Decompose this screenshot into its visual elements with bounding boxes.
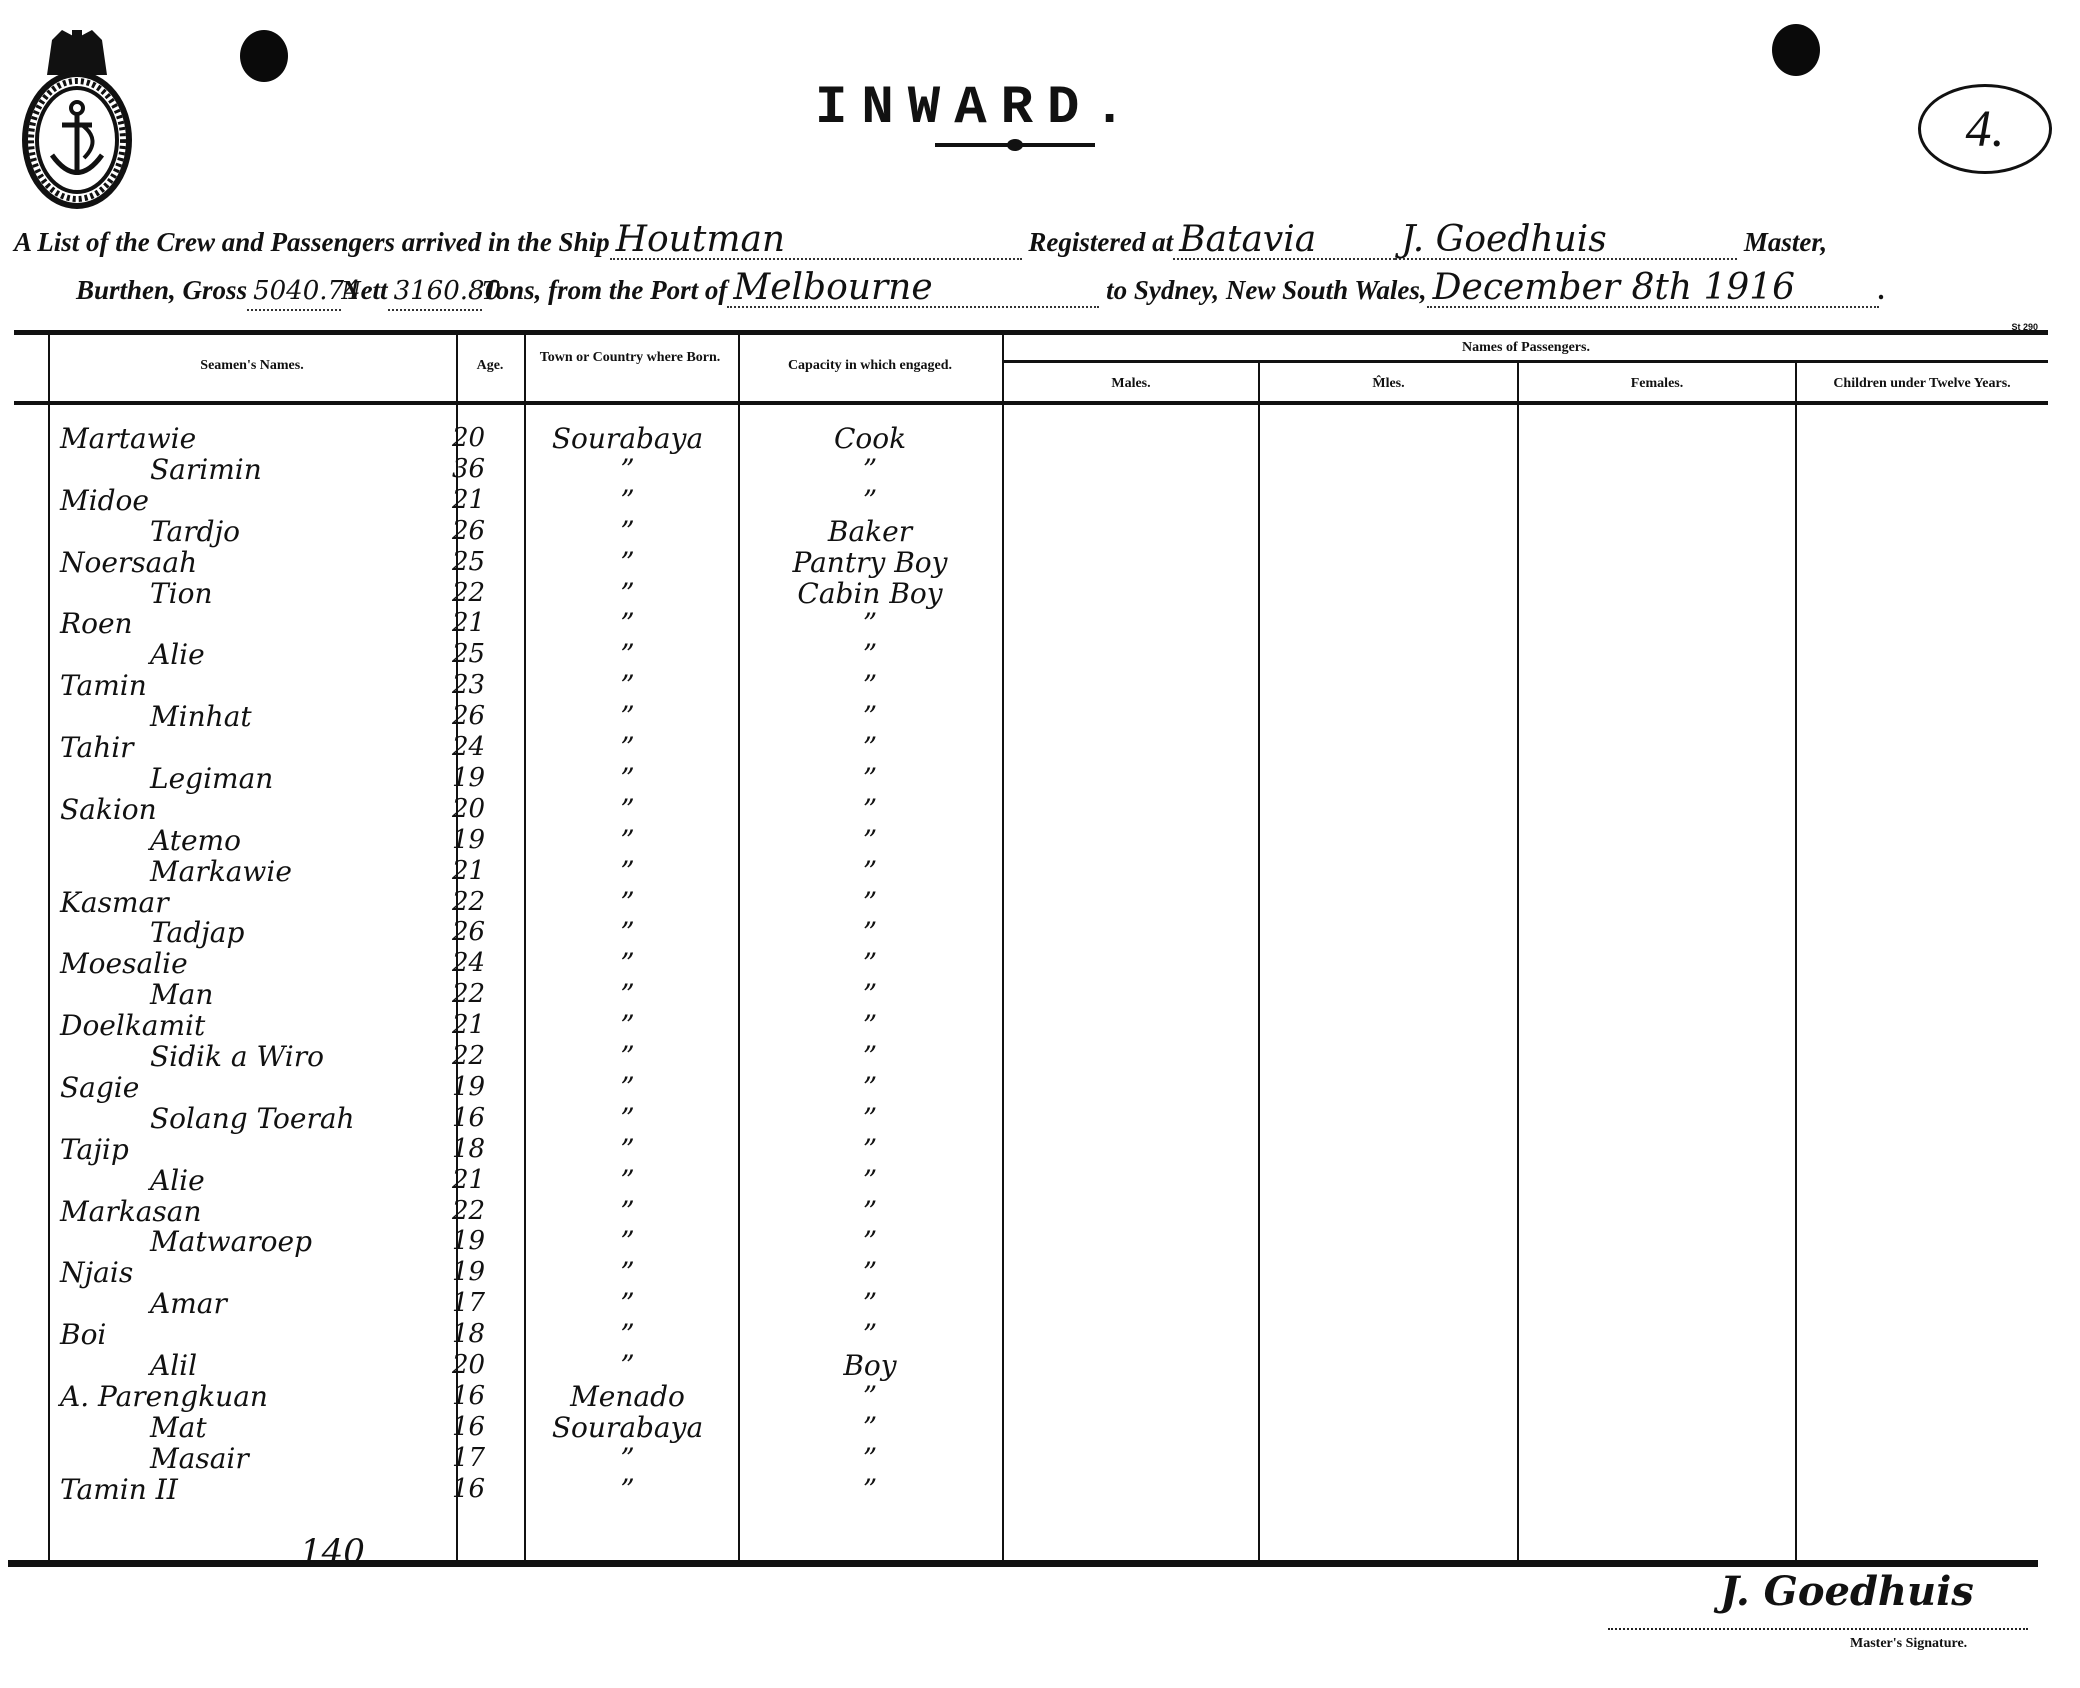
crew-birthplace: ”: [520, 918, 735, 947]
crew-age: 22: [452, 1042, 512, 1071]
crew-age: 22: [452, 888, 512, 917]
crew-name: Tamin II: [60, 1475, 178, 1504]
col-header-born: Town or Country where Born.: [530, 350, 730, 366]
tons-from-port-label: Tons, from the Port of: [482, 275, 728, 305]
crew-name: Doelkamit: [60, 1011, 205, 1040]
title-ornament-rule: [935, 143, 1095, 147]
crew-capacity: ”: [740, 1042, 1000, 1071]
crew-row: Kasmar22””: [0, 888, 1100, 917]
crew-name: Tamin: [60, 671, 147, 700]
crew-name: Tadjap: [150, 918, 244, 947]
crew-name: Tajip: [60, 1135, 129, 1164]
crew-age: 16: [452, 1382, 512, 1411]
crew-age: 19: [452, 1073, 512, 1102]
punch-hole-right: [1772, 24, 1820, 76]
crew-birthplace: ”: [520, 826, 735, 855]
col-header-m-les: M̂les.: [1260, 376, 1517, 392]
crew-birthplace: ”: [520, 857, 735, 886]
crew-capacity: ”: [740, 795, 1000, 824]
crew-capacity: ”: [740, 486, 1000, 515]
crew-row: Tardjo26”Baker: [0, 517, 1100, 546]
crew-capacity: ”: [740, 764, 1000, 793]
crew-row: Solang Toerah16””: [0, 1104, 1100, 1133]
crew-capacity: ”: [740, 1011, 1000, 1040]
col-divider-females-children: [1795, 362, 1797, 1563]
crew-name: Markawie: [150, 857, 292, 886]
crew-birthplace: ”: [520, 455, 735, 484]
crew-row: Noersaah25”Pantry Boy: [0, 548, 1100, 577]
crew-birthplace: Sourabaya: [520, 1413, 735, 1442]
col-divider-m-females: [1517, 362, 1519, 1563]
crew-row: Sagie19””: [0, 1073, 1100, 1102]
folio-number-circle: 4.: [1918, 84, 2052, 174]
crew-age: 17: [452, 1444, 512, 1473]
crew-capacity: ”: [740, 1444, 1000, 1473]
crew-name: Noersaah: [60, 548, 197, 577]
crew-name: Masair: [150, 1444, 249, 1473]
crew-birthplace: ”: [520, 949, 735, 978]
crew-age: 26: [452, 918, 512, 947]
crew-row: Njais19””: [0, 1258, 1100, 1287]
crew-name: Alie: [150, 1166, 205, 1195]
crew-name: Moesalie: [60, 949, 188, 978]
crew-row: Matwaroep19””: [0, 1227, 1100, 1256]
folio-number: 4.: [1966, 100, 2005, 159]
crew-birthplace: ”: [520, 1011, 735, 1040]
crew-capacity: ”: [740, 1197, 1000, 1226]
crew-birthplace: ”: [520, 795, 735, 824]
crew-capacity: Boy: [740, 1351, 1000, 1380]
crew-name: Minhat: [150, 702, 252, 731]
crew-age: 26: [452, 702, 512, 731]
crew-birthplace: ”: [520, 1073, 735, 1102]
crew-birthplace: ”: [520, 980, 735, 1009]
crew-name: Kasmar: [60, 888, 169, 917]
crew-age: 23: [452, 671, 512, 700]
crew-name: Atemo: [150, 826, 241, 855]
crew-name: Tahir: [60, 733, 134, 762]
crew-row: A. Parengkuan16Menado”: [0, 1382, 1100, 1411]
crew-birthplace: ”: [520, 1104, 735, 1133]
crew-capacity: ”: [740, 1413, 1000, 1442]
crew-age: 21: [452, 609, 512, 638]
crew-birthplace: ”: [520, 733, 735, 762]
crew-capacity: ”: [740, 980, 1000, 1009]
crew-capacity: ”: [740, 1320, 1000, 1349]
crew-age: 19: [452, 1227, 512, 1256]
from-port-field[interactable]: Melbourne: [727, 270, 1099, 308]
crew-birthplace: ”: [520, 702, 735, 731]
crew-birthplace: ”: [520, 609, 735, 638]
crew-capacity: ”: [740, 1475, 1000, 1504]
crew-name: Matwaroep: [150, 1227, 312, 1256]
crew-capacity: ”: [740, 1258, 1000, 1287]
crew-row: Mat16Sourabaya”: [0, 1413, 1100, 1442]
crew-row: Amar17””: [0, 1289, 1100, 1318]
crew-row: Alie25””: [0, 640, 1100, 669]
registered-port-field[interactable]: Batavia: [1173, 222, 1395, 260]
crew-age: 21: [452, 1011, 512, 1040]
crew-age: 26: [452, 517, 512, 546]
crew-birthplace: ”: [520, 1289, 735, 1318]
crew-capacity: ”: [740, 640, 1000, 669]
crew-age: 22: [452, 1197, 512, 1226]
master-label: Master,: [1744, 227, 1827, 257]
crew-row: Minhat26””: [0, 702, 1100, 731]
crew-birthplace: ”: [520, 579, 735, 608]
crew-row: Tadjap26””: [0, 918, 1100, 947]
crew-row: Masair17””: [0, 1444, 1100, 1473]
crew-birthplace: ”: [520, 1135, 735, 1164]
crew-capacity: ”: [740, 857, 1000, 886]
crew-row: Sidik a Wiro22””: [0, 1042, 1100, 1071]
page-title: INWARD.: [815, 78, 1140, 139]
crew-capacity: ”: [740, 1227, 1000, 1256]
crew-age: 19: [452, 826, 512, 855]
end-mark: .: [1879, 275, 1886, 305]
crew-name: Mat: [150, 1413, 207, 1442]
crew-age: 16: [452, 1104, 512, 1133]
crew-name: Midoe: [60, 486, 149, 515]
crew-row: Tamin II16””: [0, 1475, 1100, 1504]
signature-line[interactable]: [1608, 1628, 2028, 1630]
crew-birthplace: ”: [520, 486, 735, 515]
crew-birthplace: ”: [520, 764, 735, 793]
burthen-gross-label: Burthen, Gross: [76, 275, 247, 305]
crew-age: 22: [452, 579, 512, 608]
col-header-males: Males.: [1004, 376, 1258, 392]
crew-name: A. Parengkuan: [60, 1382, 268, 1411]
crew-birthplace: ”: [520, 1166, 735, 1195]
crew-birthplace: ”: [520, 1351, 735, 1380]
crew-name: Tardjo: [150, 517, 240, 546]
ship-name-field[interactable]: Houtman: [610, 222, 1022, 260]
crew-age: 21: [452, 486, 512, 515]
nett-label: Nett: [341, 275, 388, 305]
crew-age: 25: [452, 640, 512, 669]
crew-row: Tahir24””: [0, 733, 1100, 762]
crew-age: 20: [452, 424, 512, 453]
crew-name: Tion: [150, 579, 213, 608]
crew-row: Markawie21””: [0, 857, 1100, 886]
crew-name: Sakion: [60, 795, 157, 824]
crew-age: 25: [452, 548, 512, 577]
crew-capacity: ”: [740, 733, 1000, 762]
crew-age: 19: [452, 764, 512, 793]
crew-name: Solang Toerah: [150, 1104, 355, 1133]
crew-row: Moesalie24””: [0, 949, 1100, 978]
crew-capacity: Baker: [740, 517, 1000, 546]
crew-age: 24: [452, 949, 512, 978]
crew-age: 17: [452, 1289, 512, 1318]
crew-row: Sakion20””: [0, 795, 1100, 824]
crew-name: Amar: [150, 1289, 227, 1318]
crew-name: Sidik a Wiro: [150, 1042, 324, 1071]
crew-birthplace: ”: [520, 1258, 735, 1287]
crew-name: Alie: [150, 640, 205, 669]
crew-age: 18: [452, 1320, 512, 1349]
crew-birthplace: Menado: [520, 1382, 735, 1411]
crew-row: Atemo19””: [0, 826, 1100, 855]
table-top-rule: [14, 330, 2048, 335]
crew-capacity: ”: [740, 888, 1000, 917]
crew-row: Tamin23””: [0, 671, 1100, 700]
crew-capacity: Pantry Boy: [740, 548, 1000, 577]
crew-row: Sarimin36””: [0, 455, 1100, 484]
crew-name: Sarimin: [150, 455, 262, 484]
crew-birthplace: ”: [520, 1042, 735, 1071]
crew-name: Man: [150, 980, 213, 1009]
crew-name: Sagie: [60, 1073, 139, 1102]
signature-label: Master's Signature.: [1850, 1636, 1967, 1652]
crew-row: Boi18””: [0, 1320, 1100, 1349]
punch-hole-left: [240, 30, 288, 82]
crew-age: 18: [452, 1135, 512, 1164]
crew-row: Alil20”Boy: [0, 1351, 1100, 1380]
crew-birthplace: Sourabaya: [520, 424, 735, 453]
crew-name: Njais: [60, 1258, 133, 1287]
crew-row: Roen21””: [0, 609, 1100, 638]
crew-name: Boi: [60, 1320, 106, 1349]
crew-capacity: ”: [740, 1166, 1000, 1195]
crew-name: Roen: [60, 609, 133, 638]
col-header-seamen-names: Seamen's Names.: [50, 358, 454, 374]
crew-age: 20: [452, 795, 512, 824]
col-header-passengers-group: Names of Passengers.: [1004, 340, 2048, 356]
arrival-date-field[interactable]: December 8th 1916: [1427, 270, 1879, 308]
crew-birthplace: ”: [520, 1227, 735, 1256]
master-name-field[interactable]: J. Goedhuis: [1395, 222, 1737, 260]
crew-capacity: ”: [740, 826, 1000, 855]
list-intro-label: A List of the Crew and Passengers arrive…: [14, 227, 610, 257]
anchor-crest-icon: [22, 30, 132, 210]
crew-capacity: ”: [740, 1382, 1000, 1411]
crew-age: 21: [452, 1166, 512, 1195]
crew-capacity: ”: [740, 1104, 1000, 1133]
table-header-bottom-rule: [14, 401, 2048, 405]
crew-capacity: Cook: [740, 424, 1000, 453]
crew-birthplace: ”: [520, 1320, 735, 1349]
crew-row: Markasan22””: [0, 1197, 1100, 1226]
crew-age: 19: [452, 1258, 512, 1287]
nett-tons-field[interactable]: 3160.80: [388, 273, 482, 311]
crew-capacity: ”: [740, 1135, 1000, 1164]
crew-birthplace: ”: [520, 1475, 735, 1504]
master-signature: J. Goedhuis: [1720, 1568, 1974, 1615]
col-header-females: Females.: [1519, 376, 1795, 392]
col-header-children: Children under Twelve Years.: [1797, 376, 2047, 392]
crew-capacity: ”: [740, 702, 1000, 731]
crew-capacity: ”: [740, 671, 1000, 700]
crew-capacity: ”: [740, 455, 1000, 484]
crew-birthplace: ”: [520, 671, 735, 700]
crew-name: Legiman: [150, 764, 273, 793]
crew-row: Man22””: [0, 980, 1100, 1009]
crew-name: Alil: [150, 1351, 197, 1380]
crew-row: Midoe21””: [0, 486, 1100, 515]
crew-row: Tion22”Cabin Boy: [0, 579, 1100, 608]
crew-name: Martawie: [60, 424, 196, 453]
crew-age: 16: [452, 1413, 512, 1442]
crew-tally-mark: 140: [300, 1532, 365, 1572]
crew-capacity: ”: [740, 949, 1000, 978]
crew-age: 16: [452, 1475, 512, 1504]
col-header-capacity: Capacity in which engaged.: [740, 358, 1000, 374]
crew-birthplace: ”: [520, 888, 735, 917]
crew-row: Legiman19””: [0, 764, 1100, 793]
crew-row: Doelkamit21””: [0, 1011, 1100, 1040]
crew-birthplace: ”: [520, 1444, 735, 1473]
crew-capacity: ”: [740, 918, 1000, 947]
crew-name: Markasan: [60, 1197, 202, 1226]
col-header-age: Age.: [458, 358, 522, 374]
crew-age: 20: [452, 1351, 512, 1380]
crew-capacity: ”: [740, 1073, 1000, 1102]
passenger-group-rule: [1002, 360, 2048, 363]
crew-age: 36: [452, 455, 512, 484]
crew-capacity: ”: [740, 1289, 1000, 1318]
crew-row: Tajip18””: [0, 1135, 1100, 1164]
crew-birthplace: ”: [520, 640, 735, 669]
col-divider-males-m: [1258, 362, 1260, 1563]
to-sydney-label: to Sydney, New South Wales,: [1106, 275, 1427, 305]
header-line-1: A List of the Crew and Passengers arrive…: [14, 222, 1827, 260]
header-line-2: Burthen, Gross5040.74Nett3160.80Tons, fr…: [76, 270, 1885, 311]
crew-row: Alie21””: [0, 1166, 1100, 1195]
crew-birthplace: ”: [520, 548, 735, 577]
crew-row: Martawie20SourabayaCook: [0, 424, 1100, 453]
crew-birthplace: ”: [520, 517, 735, 546]
crew-birthplace: ”: [520, 1197, 735, 1226]
crew-age: 21: [452, 857, 512, 886]
gross-tons-field[interactable]: 5040.74: [247, 273, 341, 311]
crew-age: 24: [452, 733, 512, 762]
crew-capacity: Cabin Boy: [740, 579, 1000, 608]
crew-capacity: ”: [740, 609, 1000, 638]
registered-label: Registered at: [1028, 227, 1173, 257]
crew-age: 22: [452, 980, 512, 1009]
